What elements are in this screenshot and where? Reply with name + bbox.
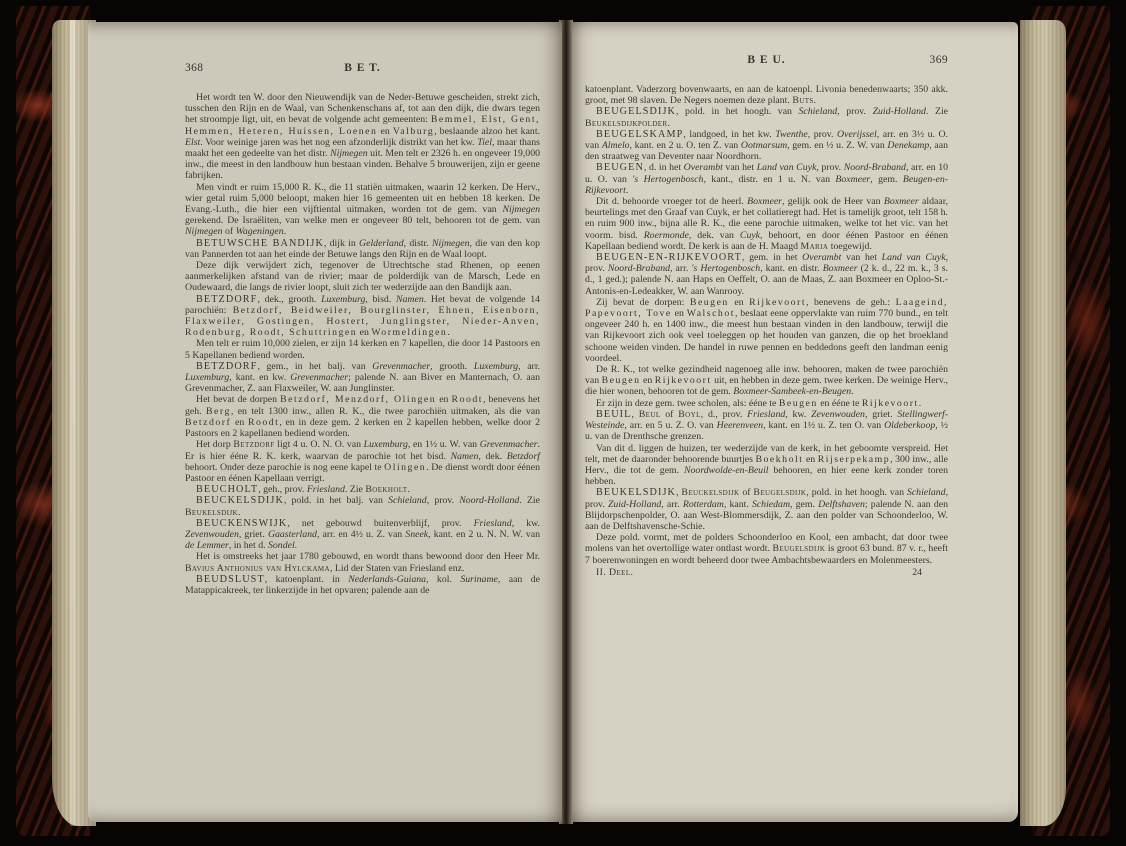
page-edge-stack-right <box>1020 20 1066 826</box>
running-head-right: B E U. <box>645 54 888 66</box>
paragraph: BEUGELSKAMP, landgoed, in het kw. Twenth… <box>585 129 948 163</box>
left-page-text: Het wordt ten W. door den Nieuwendijk va… <box>185 92 540 596</box>
paragraph: katoenplant. Vaderzorg bovenwaarts, en a… <box>585 84 948 106</box>
right-page-footer: II. Deel.24 <box>585 567 948 578</box>
footer-volume-label: II. Deel. <box>585 567 633 578</box>
paragraph: BEUGEN, d. in het Overambt van het Land … <box>585 162 948 196</box>
paragraph: BETZDORF, dek., grooth. Luxemburg, bisd.… <box>185 294 540 339</box>
paragraph: Men telt er ruim 10,000 zielen, er zijn … <box>185 338 540 360</box>
paragraph: BEUIL, Beul of Boyl, d., prov. Friesland… <box>585 409 948 443</box>
paragraph: De R. K., tot welke gezindheid nagenoeg … <box>585 364 948 398</box>
paragraph: BEUGEN-EN-RIJKEVOORT, gem. in het Overam… <box>585 252 948 297</box>
paragraph: BEUDSLUST, katoenplant. in Nederlands-Gu… <box>185 574 540 596</box>
footer-signature-number: 24 <box>912 567 922 578</box>
right-page-text: katoenplant. Vaderzorg bovenwaarts, en a… <box>585 84 948 578</box>
paragraph: Het bevat de dorpen Betzdorf, Menzdorf, … <box>185 394 540 439</box>
paragraph: Zij bevat de dorpen: Beugen en Rijkevoor… <box>585 297 948 364</box>
paragraph: BETUWSCHE BANDIJK, dijk in Gelderland, d… <box>185 238 540 260</box>
running-head-left: B E T. <box>245 62 480 74</box>
paragraph: Het dorp Betzdorf ligt 4 u. O. N. O. van… <box>185 439 540 484</box>
paragraph: BEUCKELSDIJK, pold. in het balj. van Sch… <box>185 495 540 517</box>
paragraph: Deze dijk verwijdert zich, tegenover de … <box>185 260 540 294</box>
right-page: B E U. 369 katoenplant. Vaderzorg bovenw… <box>572 22 1018 822</box>
paragraph: BEUKELSDIJK, Beuckelsdijk of Beugelsdijk… <box>585 487 948 532</box>
paragraph: Dit d. behoorde vroeger tot de heerl. Bo… <box>585 196 948 252</box>
paragraph: Het is omstreeks het jaar 1780 gebouwd, … <box>185 551 540 573</box>
paragraph: BEUCKENSWIJK, net gebouwd buitenverblijf… <box>185 518 540 552</box>
paragraph: Het wordt ten W. door den Nieuwendijk va… <box>185 92 540 182</box>
right-page-header: B E U. 369 <box>585 54 948 66</box>
page-number-right: 369 <box>888 54 948 66</box>
paragraph: BEUGELSDIJK, pold. in het hoogh. van Sch… <box>585 106 948 128</box>
left-page-header: 368 B E T. <box>185 62 540 74</box>
left-page: 368 B E T. Het wordt ten W. door den Nie… <box>88 22 562 822</box>
page-number-left: 368 <box>185 62 245 74</box>
paragraph: Deze pold. vormt, met de polders Schoond… <box>585 532 948 566</box>
paragraph: BEUCHOLT, geh., prov. Friesland. Zie Boe… <box>185 484 540 495</box>
paragraph: Er zijn in deze gem. twee scholen, als: … <box>585 398 948 409</box>
paragraph: Van dit d. liggen de huizen, ter wederzi… <box>585 443 948 488</box>
book-photo-scene: 368 B E T. Het wordt ten W. door den Nie… <box>0 0 1126 846</box>
paragraph: Men vindt er ruim 15,000 R. K., die 11 s… <box>185 182 540 238</box>
paragraph: BETZDORF, gem., in het balj. van Grevenm… <box>185 361 540 395</box>
